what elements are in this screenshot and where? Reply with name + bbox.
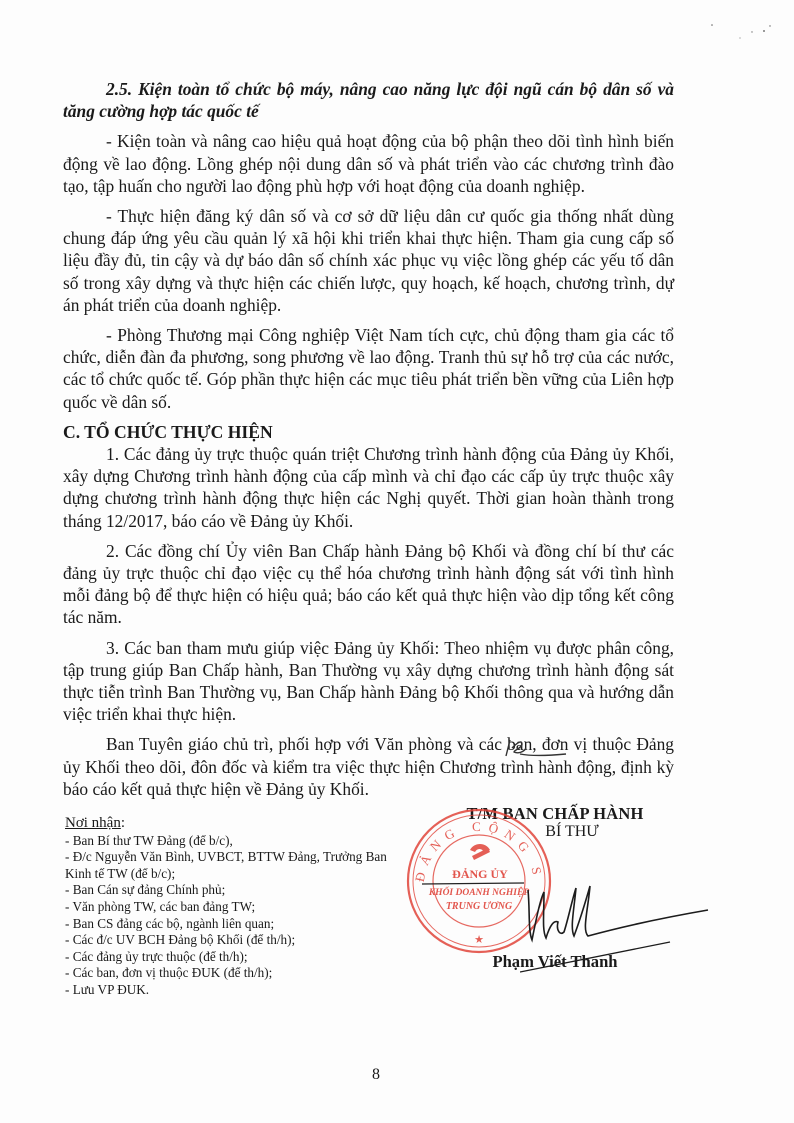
recipient-item: - Các đ/c UV BCH Đảng bộ Khối (để th/h); (65, 932, 405, 949)
part-heading: C. TỔ CHỨC THỰC HIỆN (63, 421, 674, 443)
recipients-list: - Ban Bí thư TW Đảng (để b/c), - Đ/c Ngu… (65, 833, 405, 999)
recipients-title: Nơi nhận (65, 815, 121, 832)
handwritten-signature-icon (520, 880, 710, 980)
document-page: 2.5. Kiện toàn tổ chức bộ máy, nâng cao … (0, 0, 794, 1123)
section-paragraph: - Kiện toàn và nâng cao hiệu quả hoạt độ… (63, 130, 674, 197)
scan-speck-marks (700, 22, 780, 62)
part-paragraph: Ban Tuyên giáo chủ trì, phối hợp với Văn… (63, 733, 674, 800)
recipient-item: - Các ban, đơn vị thuộc ĐUK (để th/h); (65, 965, 405, 982)
recipients-block: Nơi nhận: - Ban Bí thư TW Đảng (để b/c),… (65, 815, 405, 999)
recipients-colon: : (121, 815, 125, 831)
part-paragraph: 3. Các ban tham mưu giúp việc Đảng ủy Kh… (63, 637, 674, 726)
part-paragraph: 1. Các đảng ủy trực thuộc quán triệt Chư… (63, 443, 674, 532)
initials-mark-icon (500, 732, 570, 762)
svg-text:ĐẢNG ỦY: ĐẢNG ỦY (452, 867, 508, 881)
recipient-item: - Các đảng ủy trực thuộc (để th/h); (65, 949, 405, 966)
section-2-5: 2.5. Kiện toàn tổ chức bộ máy, nâng cao … (63, 78, 674, 800)
section-paragraph: - Thực hiện đăng ký dân số và cơ sở dữ l… (63, 205, 674, 316)
recipient-item: - Ban Bí thư TW Đảng (để b/c), (65, 833, 405, 850)
recipient-item: - Đ/c Nguyễn Văn Bình, UVBCT, BTTW Đảng,… (65, 849, 405, 882)
section-paragraph: - Phòng Thương mại Công nghiệp Việt Nam … (63, 324, 674, 413)
recipient-item: - Lưu VP ĐUK. (65, 982, 405, 999)
section-heading: 2.5. Kiện toàn tổ chức bộ máy, nâng cao … (63, 78, 674, 122)
recipient-item: - Ban CS đảng các bộ, ngành liên quan; (65, 916, 405, 933)
svg-text:KHỐI DOANH NGHIỆP: KHỐI DOANH NGHIỆP (428, 885, 529, 898)
svg-text:★: ★ (474, 933, 484, 946)
recipient-item: - Văn phòng TW, các ban đảng TW; (65, 899, 405, 916)
part-paragraph: 2. Các đồng chí Ủy viên Ban Chấp hành Đả… (63, 540, 674, 629)
page-number: 8 (372, 1066, 380, 1084)
svg-text:TRUNG ƯƠNG: TRUNG ƯƠNG (446, 901, 513, 912)
recipient-item: - Ban Cán sự đảng Chính phủ; (65, 882, 405, 899)
